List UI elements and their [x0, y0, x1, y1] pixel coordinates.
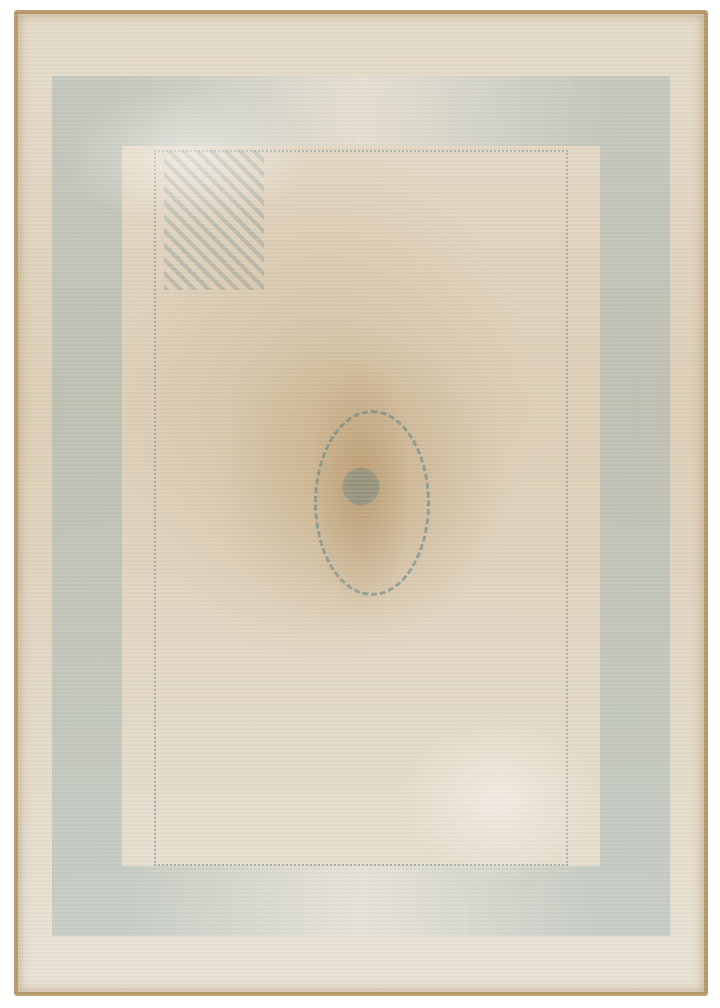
rug-corner-motif [164, 150, 264, 290]
rug-center-medallion [314, 410, 430, 596]
rug-photo [14, 10, 708, 996]
